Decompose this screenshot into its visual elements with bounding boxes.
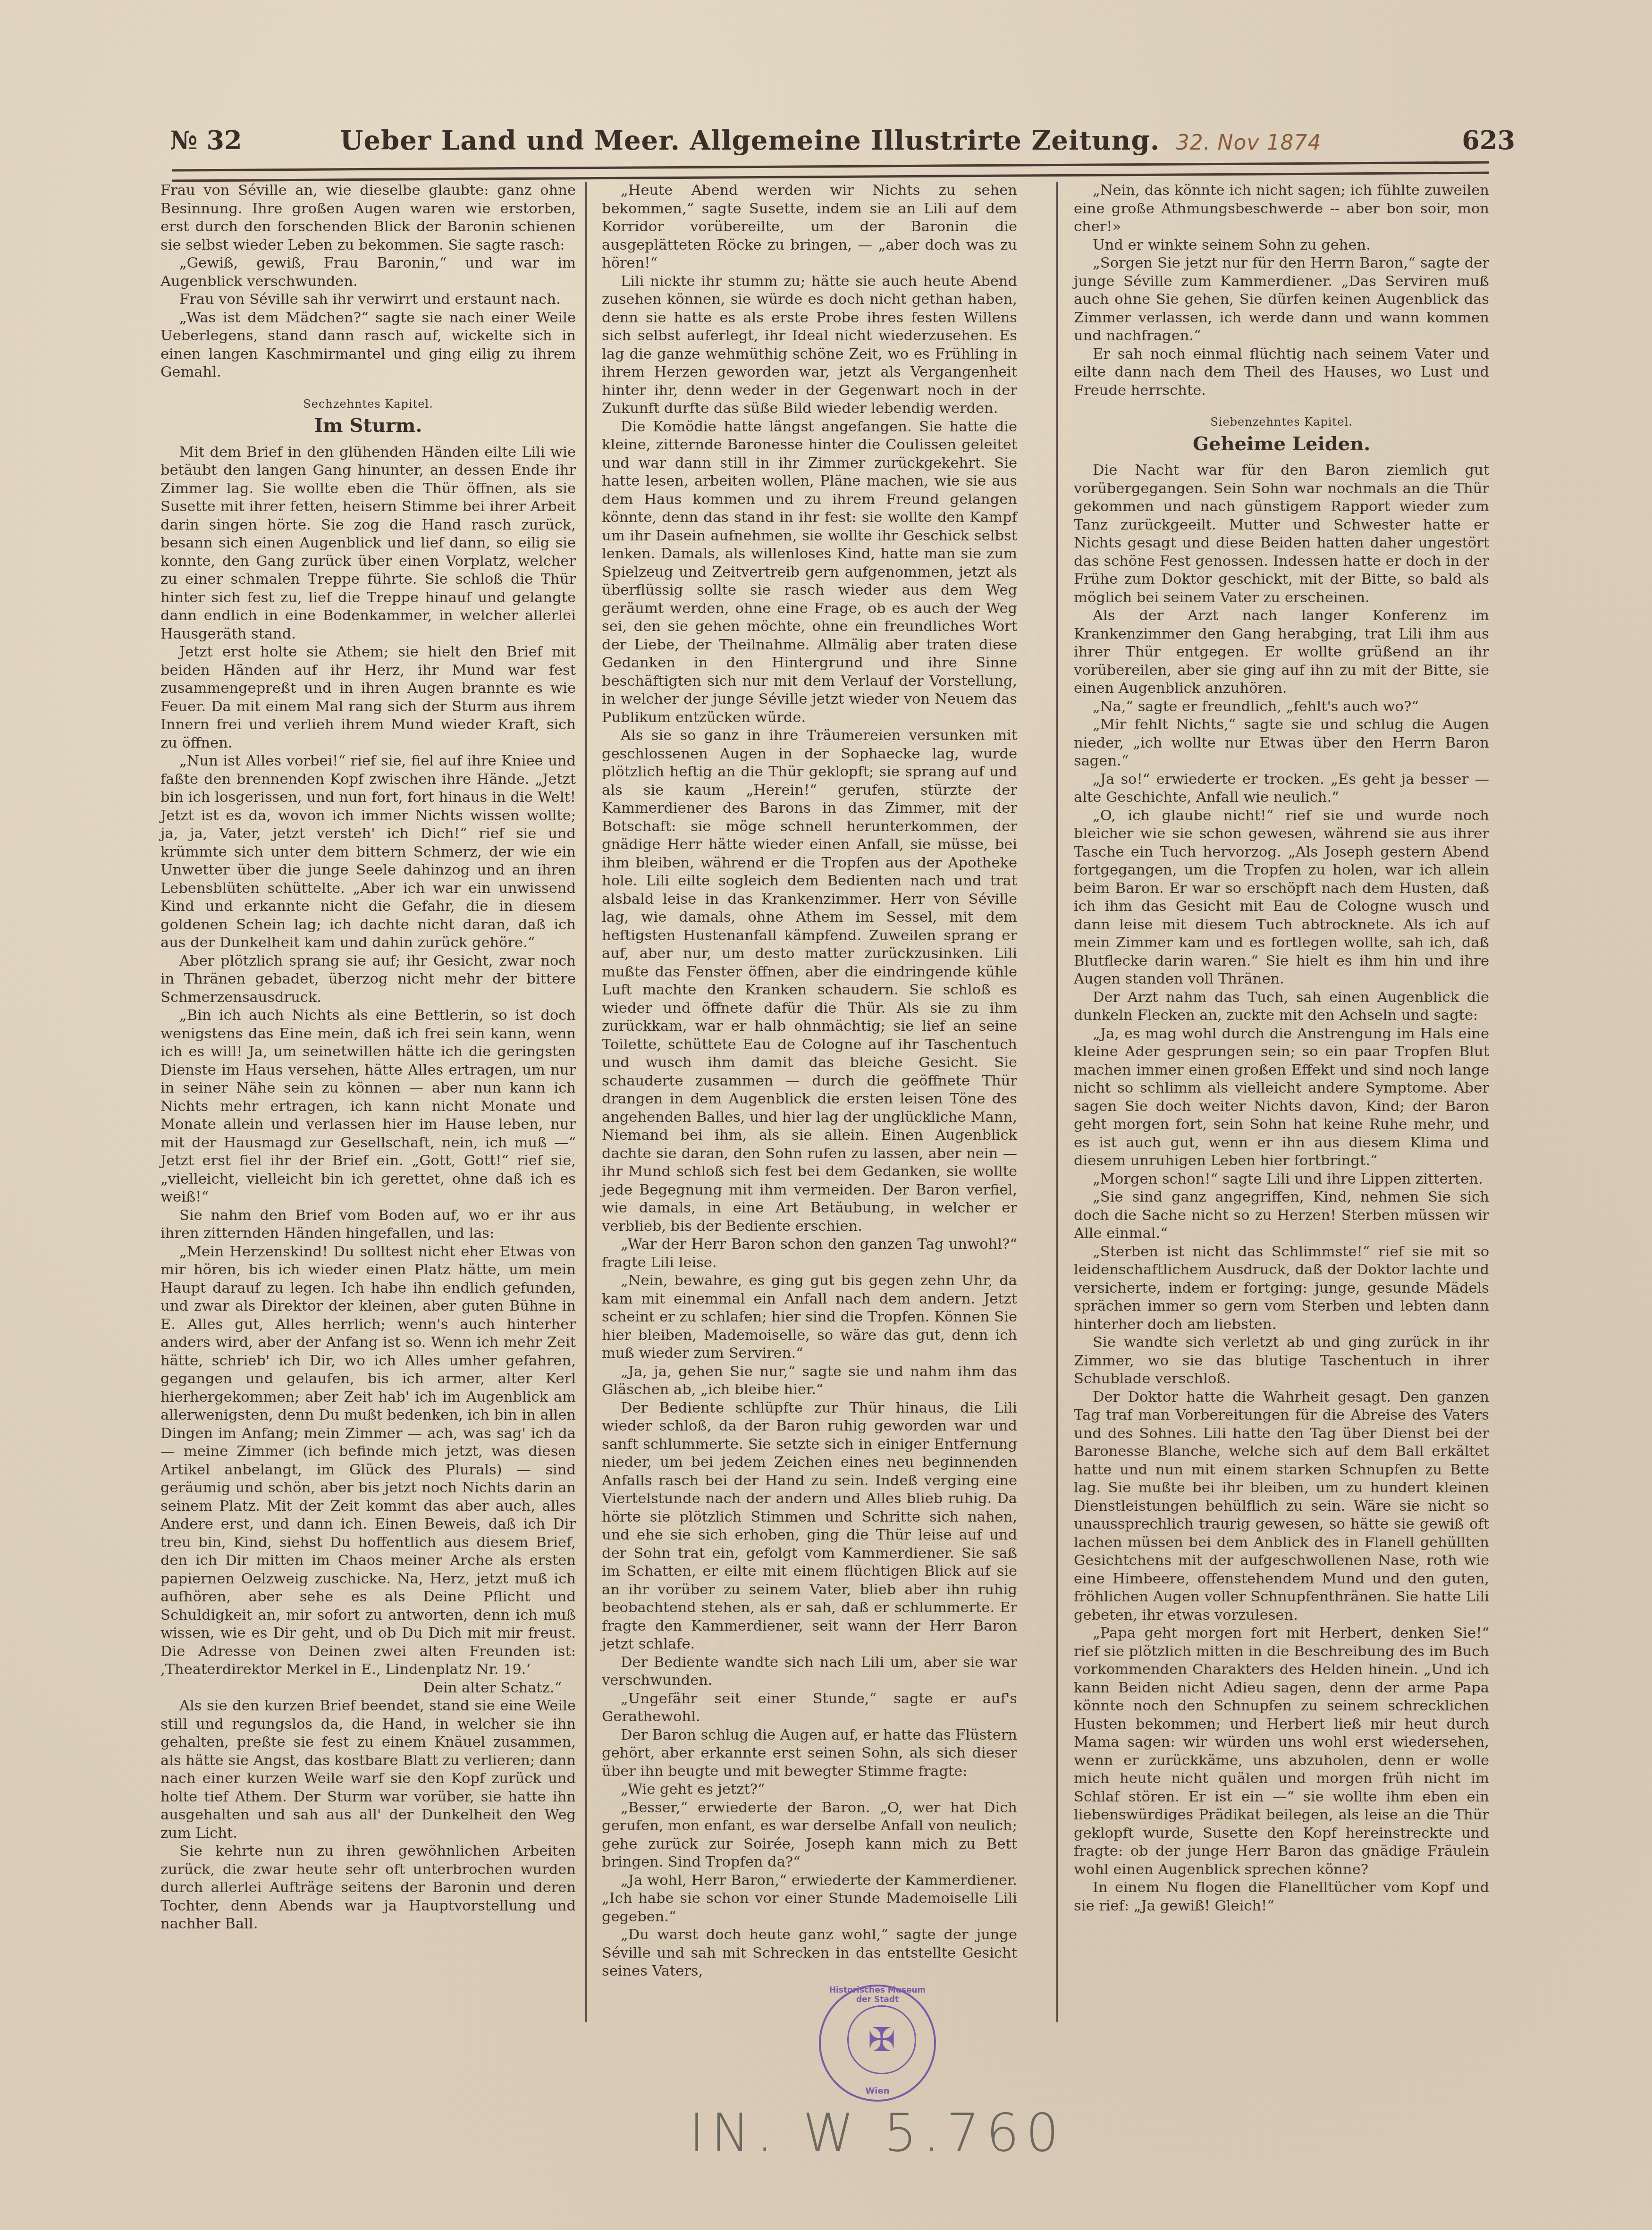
paragraph: In einem Nu flogen die Flanelltücher vom… [1074, 1879, 1489, 1915]
paragraph: „O, ich glaube nicht!“ rief sie und wurd… [1074, 807, 1489, 989]
paragraph: „Du warst doch heute ganz wohl,“ sagte d… [602, 1926, 1017, 1981]
paragraph: Aber plötzlich sprang sie auf; ihr Gesic… [160, 952, 576, 1007]
column-2: „Heute Abend werden wir Nichts zu sehen … [602, 182, 1017, 1981]
paragraph: Die Komödie hatte längst angefangen. Sie… [602, 418, 1017, 727]
paragraph: „Ja so!“ erwiederte er trocken. „Es geht… [1074, 771, 1489, 807]
paragraph: „Sie sind ganz angegriffen, Kind, nehmen… [1074, 1188, 1489, 1243]
masthead-text: Ueber Land und Meer. Allgemeine Illustri… [340, 125, 1160, 156]
chapter-number: Sechzehntes Kapitel. [160, 395, 576, 413]
chapter-title: Geheime Leiden. [1074, 435, 1489, 454]
paragraph: Die Nacht war für den Baron ziemlich gut… [1074, 462, 1489, 607]
stamp-city: Wien [821, 2086, 934, 2096]
masthead-title: Ueber Land und Meer. Allgemeine Illustri… [170, 125, 1492, 156]
paragraph: „Ja, es mag wohl durch die Anstrengung i… [1074, 1025, 1489, 1170]
paragraph: Der Arzt nahm das Tuch, sah einen Augenb… [1074, 989, 1489, 1025]
paragraph: Als der Arzt nach langer Konferenz im Kr… [1074, 607, 1489, 698]
paragraph: „Mein Herzenskind! Du solltest nicht ehe… [160, 1243, 576, 1679]
paragraph: „Wie geht es jetzt?“ [602, 1781, 1017, 1799]
column-3: „Nein, das könnte ich nicht sagen; ich f… [1074, 182, 1489, 1915]
paragraph: „Gewiß, gewiß, Frau Baronin,“ und war im… [160, 254, 576, 291]
chapter-title: Im Sturm. [160, 417, 576, 435]
paragraph: „Was ist dem Mädchen?“ sagte sie nach ei… [160, 309, 576, 382]
paragraph: „Sterben ist nicht das Schlimmste!“ rief… [1074, 1243, 1489, 1334]
col1-end: Als sie den kurzen Brief beendet, stand … [160, 1697, 576, 1934]
paragraph: Und er winkte seinem Sohn zu gehen. [1074, 236, 1489, 255]
paragraph: „Morgen schon!“ sagte Lili und ihre Lipp… [1074, 1170, 1489, 1189]
col3-top: „Nein, das könnte ich nicht sagen; ich f… [1074, 182, 1489, 400]
paragraph: Der Baron schlug die Augen auf, er hatte… [602, 1726, 1017, 1781]
inventory-number: IN. W 5.760 [689, 2103, 1065, 2163]
paragraph: Frau von Séville an, wie dieselbe glaubt… [160, 182, 576, 254]
paragraph: Der Bediente schlüpfte zur Thür hinaus, … [602, 1399, 1017, 1654]
paragraph: „Nein, bewahre, es ging gut bis gegen ze… [602, 1272, 1017, 1363]
page-number: 623 [1462, 125, 1515, 155]
paragraph: Sie wandte sich verletzt ab und ging zur… [1074, 1334, 1489, 1388]
paragraph: „Na,“ sagte er freundlich, „fehlt's auch… [1074, 698, 1489, 716]
page-header: № 32 Ueber Land und Meer. Allgemeine Ill… [170, 125, 1492, 158]
handwritten-date: 32. Nov 1874 [1176, 131, 1322, 155]
stamp-text: Historisches Museum der Stadt [821, 1986, 934, 2004]
double-eagle-icon: ✠ [847, 2005, 916, 2074]
paragraph: Er sah noch einmal flüchtig nach seinem … [1074, 345, 1489, 400]
column-divider [1056, 182, 1058, 2022]
paragraph: „War der Herr Baron schon den ganzen Tag… [602, 1236, 1017, 1272]
header-rule-bottom [172, 171, 1489, 182]
col1-body: Mit dem Brief in den glühenden Händen ei… [160, 444, 576, 1679]
paragraph: Der Doktor hatte die Wahrheit gesagt. De… [1074, 1388, 1489, 1625]
paragraph: „Nun ist Alles vorbei!“ rief sie, fiel a… [160, 752, 576, 952]
chapter-number: Siebenzehntes Kapitel. [1074, 413, 1489, 431]
paragraph: „Ja, ja, gehen Sie nur,“ sagte sie und n… [602, 1363, 1017, 1399]
col3-body: Die Nacht war für den Baron ziemlich gut… [1074, 462, 1489, 1915]
museum-stamp: Historisches Museum der Stadt ✠ Wien [819, 1985, 936, 2102]
paragraph: Als sie so ganz in ihre Träumereien vers… [602, 727, 1017, 1236]
paragraph: „Papa geht morgen fort mit Herbert, denk… [1074, 1624, 1489, 1879]
header-rule-top [172, 161, 1489, 171]
paragraph: „Nein, das könnte ich nicht sagen; ich f… [1074, 182, 1489, 236]
paragraph: „Sorgen Sie jetzt nur für den Herrn Baro… [1074, 254, 1489, 345]
paragraph: Der Bediente wandte sich nach Lili um, a… [602, 1654, 1017, 1690]
col1-top: Frau von Séville an, wie dieselbe glaubt… [160, 182, 576, 382]
paragraph: Als sie den kurzen Brief beendet, stand … [160, 1697, 576, 1843]
paragraph: „Besser,“ erwiederte der Baron. „O, wer … [602, 1799, 1017, 1872]
chapter-heading: Siebenzehntes Kapitel. Geheime Leiden. [1074, 413, 1489, 453]
paragraph: „Ja wohl, Herr Baron,“ erwiederte der Ka… [602, 1872, 1017, 1927]
column-divider [585, 182, 587, 2022]
paragraph: Sie kehrte nun zu ihren gewöhnlichen Arb… [160, 1843, 576, 1934]
paragraph: Jetzt erst holte sie Athem; sie hielt de… [160, 643, 576, 752]
paragraph: Mit dem Brief in den glühenden Händen ei… [160, 444, 576, 644]
col2-body: „Heute Abend werden wir Nichts zu sehen … [602, 182, 1017, 1981]
column-1: Frau von Séville an, wie dieselbe glaubt… [160, 182, 576, 1934]
paragraph: „Bin ich auch Nichts als eine Bettlerin,… [160, 1007, 576, 1207]
letter-signature: Dein alter Schatz.“ [160, 1679, 576, 1698]
chapter-heading: Sechzehntes Kapitel. Im Sturm. [160, 395, 576, 435]
paragraph: Lili nickte ihr stumm zu; hätte sie auch… [602, 273, 1017, 418]
paragraph: „Heute Abend werden wir Nichts zu sehen … [602, 182, 1017, 273]
paragraph: Frau von Séville sah ihr verwirrt und er… [160, 291, 576, 309]
paragraph: „Ungefähr seit einer Stunde,“ sagte er a… [602, 1690, 1017, 1726]
paragraph: „Mir fehlt Nichts,“ sagte sie und schlug… [1074, 716, 1489, 771]
paragraph: Sie nahm den Brief vom Boden auf, wo er … [160, 1207, 576, 1243]
